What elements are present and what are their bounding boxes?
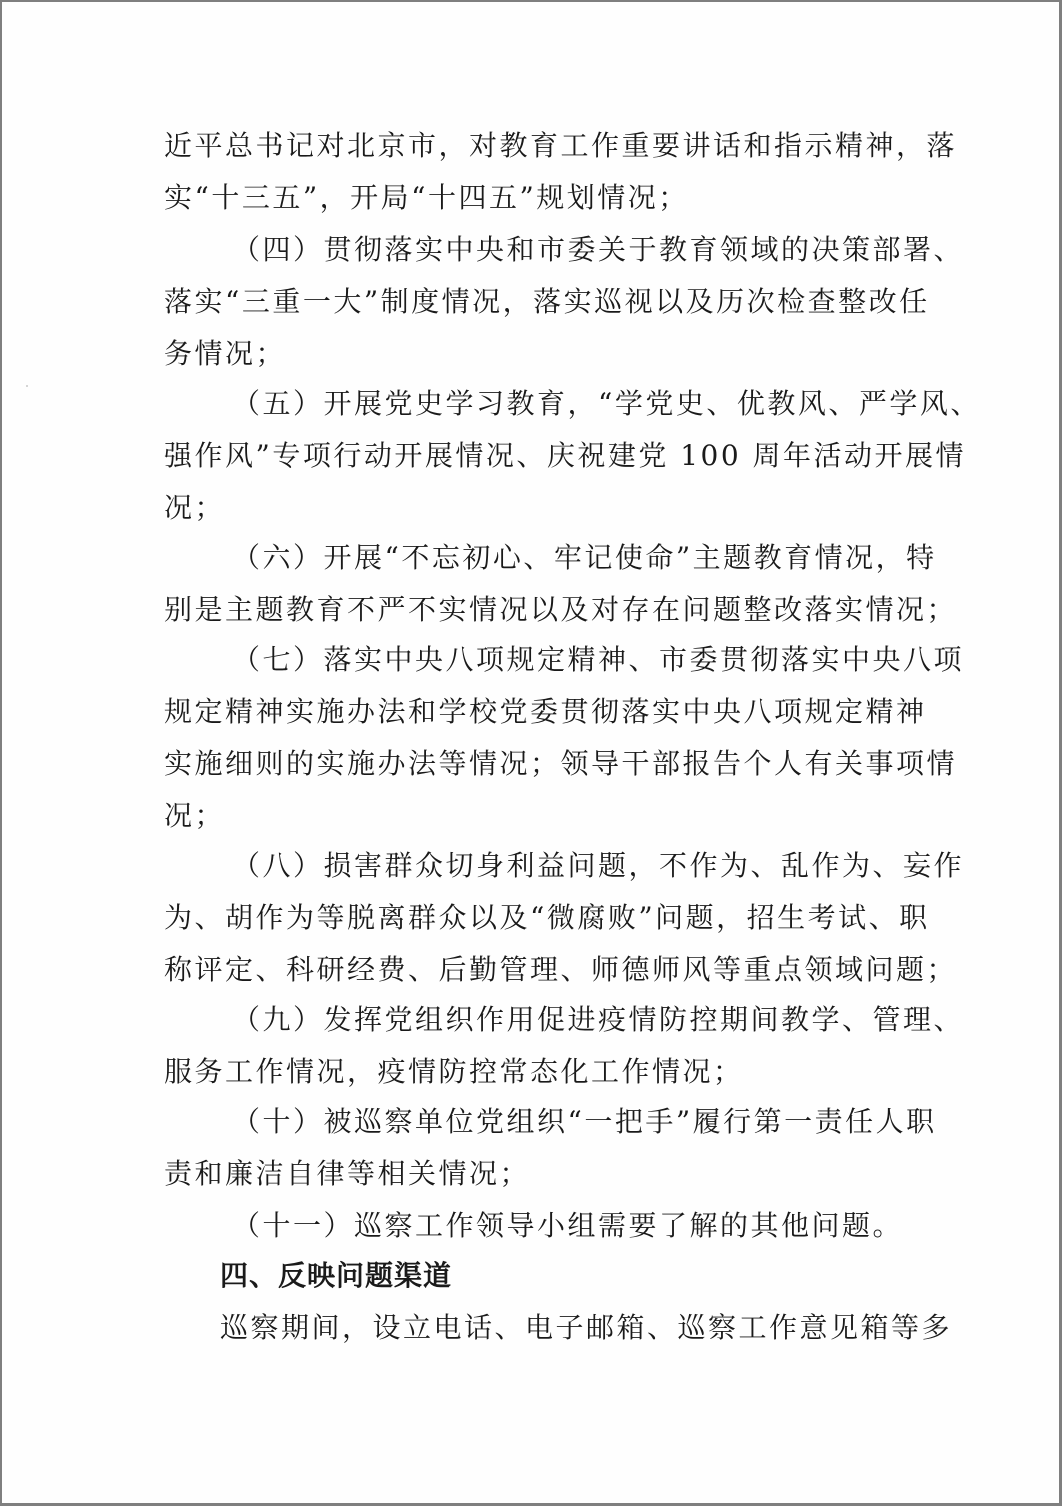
item-8-line: （八）损害群众切身利益问题，不作为、乱作为、妄作: [232, 840, 922, 892]
item-9-line: （九）发挥党组织作用促进疫情防控期间教学、管理、: [232, 994, 922, 1046]
item-7-line: （七）落实中央八项规定精神、市委贯彻落实中央八项: [232, 634, 922, 686]
paragraph-line: 近平总书记对北京市，对教育工作重要讲话和指示精神，落: [164, 120, 922, 172]
paragraph-line: 规定精神实施办法和学校党委贯彻落实中央八项规定精神: [164, 686, 922, 738]
paragraph-line: 况；: [164, 790, 225, 842]
paragraph-line: 责和廉洁自律等相关情况；: [164, 1148, 530, 1200]
paragraph-line: 实施细则的实施办法等情况；领导干部报告个人有关事项情: [164, 738, 922, 790]
item-6-line: （六）开展“不忘初心、牢记使命”主题教育情况，特: [232, 532, 922, 584]
paragraph-line: 巡察期间，设立电话、电子邮箱、巡察工作意见箱等多: [220, 1302, 952, 1354]
paragraph-line: 实“十三五”，开局“十四五”规划情况；: [164, 172, 689, 224]
paragraph-line: 落实“三重一大”制度情况，落实巡视以及历次检查整改任: [164, 276, 922, 328]
paragraph-line: 称评定、科研经费、后勤管理、师德师风等重点领域问题；: [164, 944, 922, 996]
item-4-line: （四）贯彻落实中央和市委关于教育领域的决策部署、: [232, 224, 922, 276]
item-10-line: （十）被巡察单位党组织“一把手”履行第一责任人职: [232, 1096, 922, 1148]
paragraph-line: 为、胡作为等脱离群众以及“微腐败”问题，招生考试、职: [164, 892, 922, 944]
paragraph-line: 况；: [164, 482, 225, 534]
item-11-line: （十一）巡察工作领导小组需要了解的其他问题。: [232, 1200, 903, 1252]
paragraph-line: 服务工作情况，疫情防控常态化工作情况；: [164, 1046, 744, 1098]
paragraph-line: 强作风”专项行动开展情况、庆祝建党 100 周年活动开展情: [164, 430, 922, 482]
paragraph-line: 别是主题教育不严不实情况以及对存在问题整改落实情况；: [164, 584, 922, 636]
item-5-line: （五）开展党史学习教育，“学党史、优教风、严学风、: [232, 378, 922, 430]
paragraph-line: 务情况；: [164, 328, 286, 380]
scan-artifact: [26, 385, 28, 387]
document-page: 近平总书记对北京市，对教育工作重要讲话和指示精神，落 实“十三五”，开局“十四五…: [0, 0, 1062, 1506]
section-heading: 四、反映问题渠道: [220, 1250, 452, 1302]
